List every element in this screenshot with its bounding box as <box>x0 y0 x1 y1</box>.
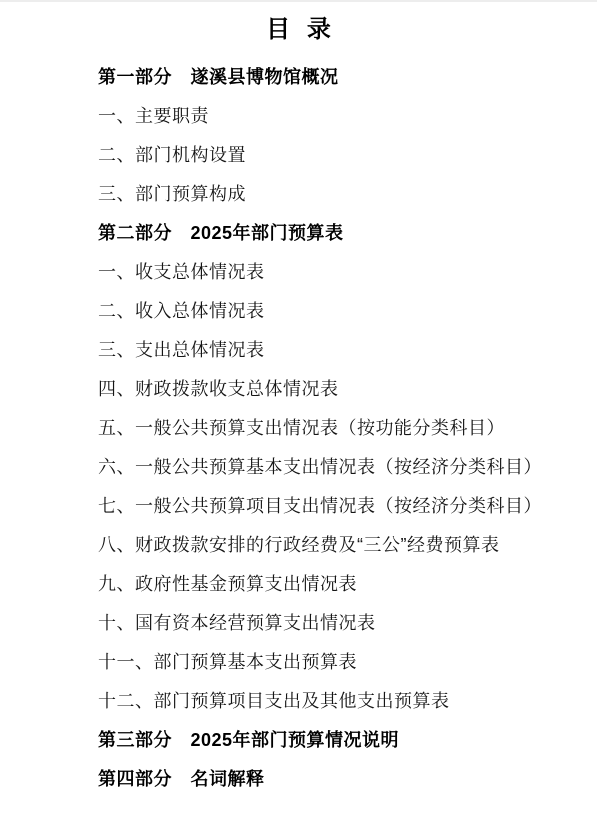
toc-part2-item-2: 二、收入总体情况表 <box>98 292 567 331</box>
toc-part2-item-12: 十二、部门预算项目支出及其他支出预算表 <box>98 682 567 721</box>
toc-part1-item-2: 二、部门机构设置 <box>98 136 567 175</box>
toc-part2-item-11: 十一、部门预算基本支出预算表 <box>98 643 567 682</box>
toc-part2-item-8: 八、财政拨款安排的行政经费及“三公”经费预算表 <box>98 526 567 565</box>
toc-part3-heading: 第三部分 2025年部门预算情况说明 <box>98 721 567 760</box>
toc-part2-item-6: 六、一般公共预算基本支出情况表（按经济分类科目） <box>98 448 567 487</box>
toc-part2-heading: 第二部分 2025年部门预算表 <box>98 214 567 253</box>
toc-part1-item-3: 三、部门预算构成 <box>98 175 567 214</box>
toc-part2-item-4: 四、财政拨款收支总体情况表 <box>98 370 567 409</box>
page-title: 目 录 <box>0 14 597 46</box>
toc-part2-item-10: 十、国有资本经营预算支出情况表 <box>98 604 567 643</box>
document-page: 目 录 第一部分 遂溪县博物馆概况 一、主要职责 二、部门机构设置 三、部门预算… <box>0 0 597 819</box>
toc-part4-heading: 第四部分 名词解释 <box>98 760 567 799</box>
toc-part2-item-9: 九、政府性基金预算支出情况表 <box>98 565 567 604</box>
toc-part1-heading: 第一部分 遂溪县博物馆概况 <box>98 58 567 97</box>
toc-part1-item-1: 一、主要职责 <box>98 97 567 136</box>
toc-part2-item-5: 五、一般公共预算支出情况表（按功能分类科目） <box>98 409 567 448</box>
toc-part2-item-3: 三、支出总体情况表 <box>98 331 567 370</box>
toc-part2-item-7: 七、一般公共预算项目支出情况表（按经济分类科目） <box>98 487 567 526</box>
toc-part2-item-1: 一、收支总体情况表 <box>98 253 567 292</box>
table-of-contents: 第一部分 遂溪县博物馆概况 一、主要职责 二、部门机构设置 三、部门预算构成 第… <box>0 58 597 799</box>
